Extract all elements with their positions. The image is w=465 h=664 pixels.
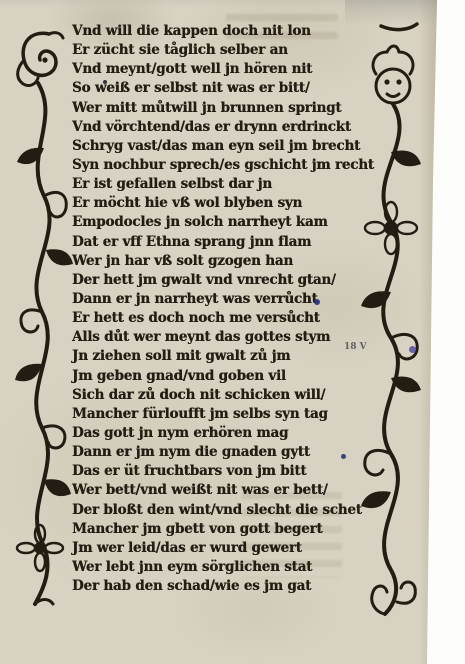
leaf [391, 151, 421, 167]
poem-text: Vnd will die kappen doch nit lonEr zücht… [72, 22, 352, 596]
poem-line: Er hett es doch noch me versůcht [72, 309, 352, 328]
bottom-curl [397, 582, 415, 603]
poem-line: Alls důt wer meynt das gottes stym [72, 328, 352, 347]
poem-line: Dann er jn narrheyt was verrůcht [72, 290, 352, 309]
leaf [44, 479, 71, 496]
leaf [361, 291, 391, 308]
poem-line: Jm wer leid/das er wurd gewert [72, 539, 352, 558]
poem-line: Jn ziehen soll mit gwalt zů jm [72, 347, 352, 366]
poem-line: Er zücht sie tåglich selber an [72, 41, 352, 60]
poem-line: Er möcht hie vß wol blyben syn [72, 194, 352, 213]
grotesque-face-icon [373, 46, 413, 103]
handwritten-note: 18 V [344, 342, 367, 352]
poem-line: So weiß er selbst nit was er bitt/ [72, 79, 352, 98]
leaf [391, 377, 421, 393]
poem-line: Das er üt fruchtbars von jm bitt [72, 462, 352, 481]
poem-line: Er ist gefallen selbst dar jn [72, 175, 352, 194]
ink-dot [341, 454, 346, 459]
bottom-curl [372, 586, 387, 614]
poem-line: Der hab den schad/wie es jm gat [72, 577, 352, 596]
poem-line: Dat er vff Ethna sprang jnn flam [72, 233, 352, 252]
ink-dot [103, 80, 107, 84]
flower-rosette-icon [365, 202, 417, 254]
right-border-woodcut-ornament [351, 22, 435, 622]
leaf [46, 249, 73, 265]
poem-line: Schryg vast/das man eyn seil jm brecht [72, 137, 352, 156]
left-border-woodcut-ornament [13, 26, 77, 606]
vine-stem [383, 104, 399, 614]
scanned-book-page: Vnd will die kappen doch nit lonEr zücht… [0, 0, 465, 664]
poem-line: Wer lebt jnn eym sörglichen stat [72, 558, 352, 577]
dragon-head-icon [18, 33, 63, 86]
poem-line: Das gott jn nym erhören mag [72, 424, 352, 443]
poem-line: Vnd will die kappen doch nit lon [72, 22, 352, 41]
poem-line: Mancher jm gbett von gott begert [72, 520, 352, 539]
poem-line: Wer jn har vß solt gzogen han [72, 252, 352, 271]
leaf [361, 491, 391, 508]
poem-line: Syn nochbur sprech/es gschicht jm recht [72, 156, 352, 175]
poem-line: Mancher fürloufft jm selbs syn tag [72, 405, 352, 424]
poem-line: Der bloßt den wint/vnd slecht die schet [72, 501, 352, 520]
poem-line: Empodocles jn solch narrheyt kam [72, 213, 352, 232]
poem-line: Wer mitt můtwill jn brunnen springt [72, 99, 352, 118]
poem-line: Dann er jm nym die gnaden gytt [72, 443, 352, 462]
poem-line: Sich dar zů doch nit schicken will/ [72, 386, 352, 405]
poem-line: Vnd meynt/gott well jn hören nit [72, 60, 352, 79]
poem-line: Wer bett/vnd weißt nit was er bett/ [72, 481, 352, 500]
poem-line: Vnd vörchtend/das er drynn erdrinckt [72, 118, 352, 137]
page: Vnd will die kappen doch nit lonEr zücht… [0, 0, 465, 664]
ink-dot [314, 299, 320, 305]
poem-line: Der hett jm gwalt vnd vnrecht gtan/ [72, 271, 352, 290]
poem-line: Jm geben gnad/vnd goben vil [72, 367, 352, 386]
ink-dot [409, 346, 416, 353]
